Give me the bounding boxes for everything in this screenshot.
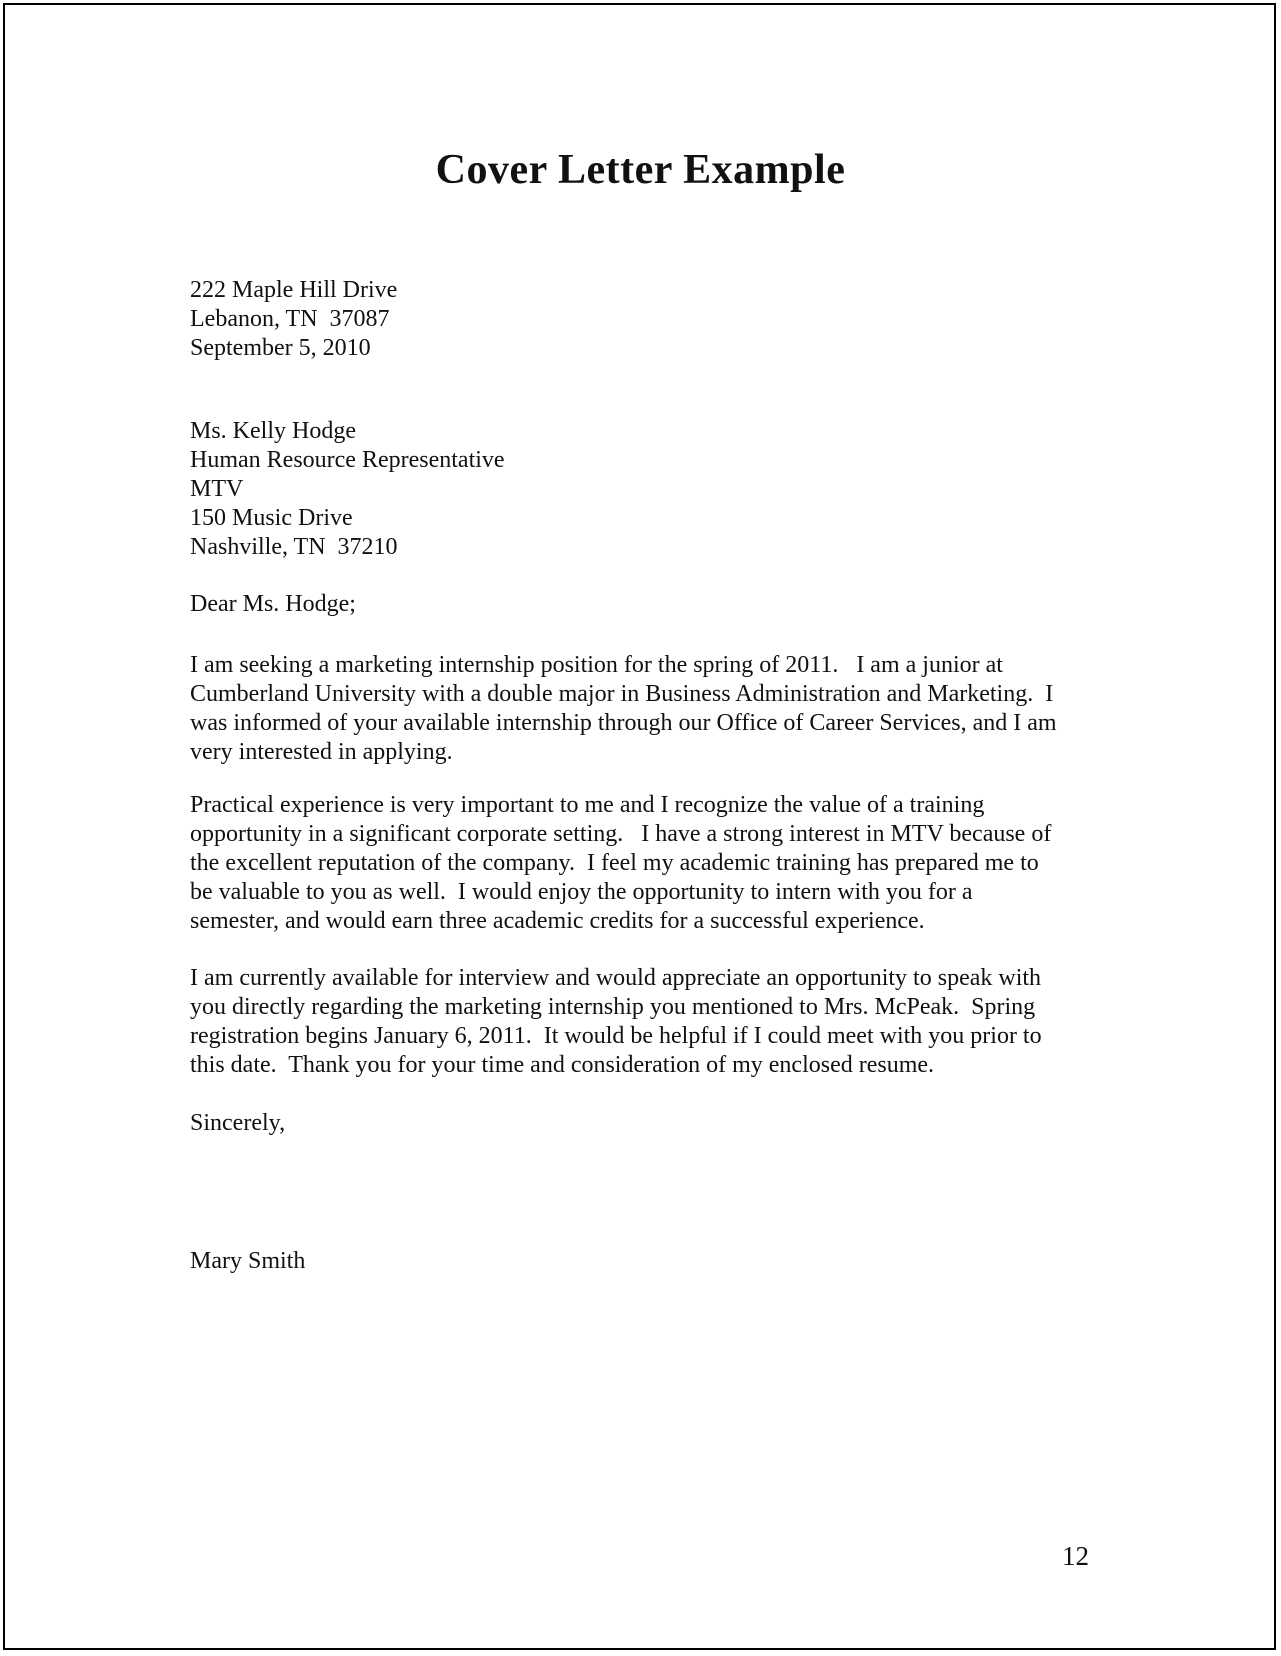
sender-street: 222 Maple Hill Drive [190, 276, 397, 305]
paragraph-line: Cumberland University with a double majo… [190, 680, 1057, 709]
paragraph-line: you directly regarding the marketing int… [190, 993, 1042, 1022]
paragraph-line: be valuable to you as well. I would enjo… [190, 878, 1051, 907]
body-paragraph-3: I am currently available for interview a… [190, 964, 1042, 1080]
paragraph-line: semester, and would earn three academic … [190, 907, 1051, 936]
recipient-company: MTV [190, 475, 505, 504]
document-page: Cover Letter Example 222 Maple Hill Driv… [0, 0, 1281, 1656]
paragraph-line: the excellent reputation of the company.… [190, 849, 1051, 878]
page-number: 12 [1062, 1540, 1089, 1572]
paragraph-line: I am seeking a marketing internship posi… [190, 651, 1057, 680]
closing-line: Sincerely, [190, 1109, 285, 1138]
paragraph-line: this date. Thank you for your time and c… [190, 1051, 1042, 1080]
paragraph-line: Practical experience is very important t… [190, 791, 1051, 820]
paragraph-line: registration begins January 6, 2011. It … [190, 1022, 1042, 1051]
body-paragraph-2: Practical experience is very important t… [190, 791, 1051, 936]
signature-name: Mary Smith [190, 1247, 305, 1276]
recipient-address-block: Ms. Kelly Hodge Human Resource Represent… [190, 417, 505, 562]
salutation-line: Dear Ms. Hodge; [190, 590, 356, 619]
sender-city-state-zip: Lebanon, TN 37087 [190, 305, 397, 334]
body-paragraph-1: I am seeking a marketing internship posi… [190, 651, 1057, 767]
recipient-title: Human Resource Representative [190, 446, 505, 475]
paragraph-line: was informed of your available internshi… [190, 709, 1057, 738]
paragraph-line: opportunity in a significant corporate s… [190, 820, 1051, 849]
paragraph-line: very interested in applying. [190, 738, 1057, 767]
recipient-city-state-zip: Nashville, TN 37210 [190, 533, 505, 562]
salutation: Dear Ms. Hodge; [190, 590, 356, 619]
recipient-name: Ms. Kelly Hodge [190, 417, 505, 446]
sender-address-block: 222 Maple Hill Drive Lebanon, TN 37087 S… [190, 276, 397, 363]
document-title: Cover Letter Example [0, 146, 1281, 194]
letter-date: September 5, 2010 [190, 334, 397, 363]
recipient-street: 150 Music Drive [190, 504, 505, 533]
signature-line: Mary Smith [190, 1247, 305, 1276]
paragraph-line: I am currently available for interview a… [190, 964, 1042, 993]
closing: Sincerely, [190, 1109, 285, 1138]
